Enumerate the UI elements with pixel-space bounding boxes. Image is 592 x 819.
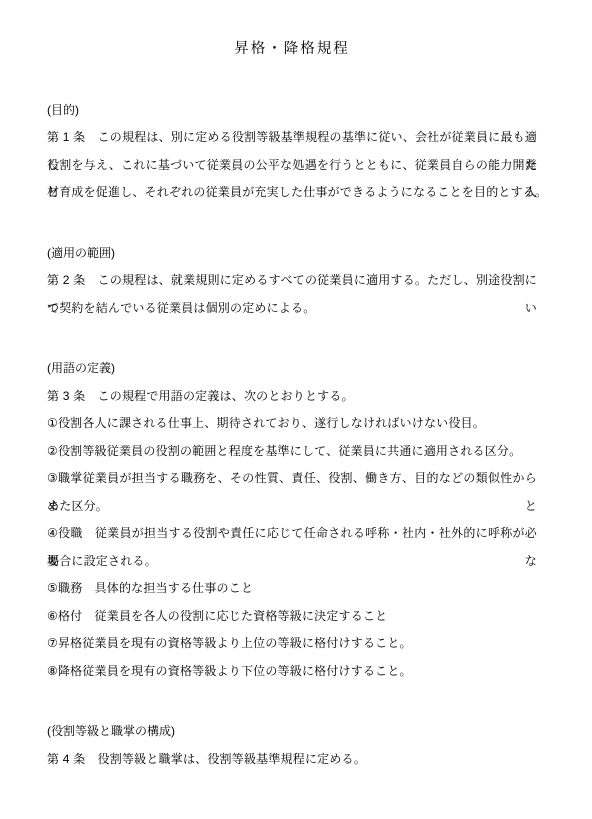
document-content: 昇格・降格規程 (目的) 第 1 条 この規程は、別に定める役割等級基準規程の基… bbox=[47, 0, 537, 773]
document-page: 昇格・降格規程 (目的) 第 1 条 この規程は、別に定める役割等級基準規程の基… bbox=[0, 0, 592, 819]
section-scope: (適用の範囲) 第 2 条 この規程は、就業規則に定めるすべての従業員に適用する… bbox=[47, 240, 537, 323]
paragraph-line: 役割を与え、これに基づいて従業員の公平な処遇を行うとともに、従業員自らの能力開発… bbox=[47, 152, 537, 180]
definition-item-6: ⑥格付 従業員を各人の役割に応じた資格等級に決定すること bbox=[47, 603, 537, 631]
section-heading: (用語の定義) bbox=[47, 355, 537, 383]
definition-item-5: ⑤職務 具体的な担当する仕事のこと bbox=[47, 575, 537, 603]
section-purpose: (目的) 第 1 条 この規程は、別に定める役割等級基準規程の基準に従い、会社が… bbox=[47, 97, 537, 207]
paragraph-line: 第 1 条 この規程は、別に定める役割等級基準規程の基準に従い、会社が従業員に最… bbox=[47, 124, 537, 152]
definition-item-4: ④役職 従業員が担当する役割や責任に応じて任命される呼称・社内・社外的に呼称が必… bbox=[47, 520, 537, 548]
paragraph-line: 第 3 条 この規程で用語の定義は、次のとおりとする。 bbox=[47, 383, 537, 411]
definition-item-7: ⑦昇格従業員を現有の資格等級より上位の等級に格付けすること。 bbox=[47, 630, 537, 658]
definition-item-3: ③職掌従業員が担当する職務を、その性質、責任、役割、働き方、目的などの類似性から… bbox=[47, 465, 537, 493]
document-title: 昇格・降格規程 bbox=[47, 36, 537, 64]
paragraph-line: 第 2 条 この規程は、就業規則に定めるすべての従業員に適用する。ただし、別途役… bbox=[47, 267, 537, 295]
definition-item-1: ①役割各人に課される仕事上、期待されており、遂行しなければいけない役目。 bbox=[47, 410, 537, 438]
section-heading: (役割等級と職掌の構成) bbox=[47, 718, 537, 746]
definition-item-2: ②役割等級従業員の役割の範囲と程度を基準にして、従業員に共通に適用される区分。 bbox=[47, 438, 537, 466]
section-grade-structure: (役割等級と職掌の構成) 第 4 条 役割等級と職掌は、役割等級基準規程に定める… bbox=[47, 718, 537, 773]
section-heading: (適用の範囲) bbox=[47, 240, 537, 268]
definition-item-8: ⑧降格従業員を現有の資格等級より下位の等級に格付けすること。 bbox=[47, 658, 537, 686]
paragraph-line: 材育成を促進し、それぞれの従業員が充実した仕事ができるようになることを目的とする… bbox=[47, 179, 537, 207]
paragraph-line: 第 4 条 役割等級と職掌は、役割等級基準規程に定める。 bbox=[47, 746, 537, 774]
section-heading: (目的) bbox=[47, 97, 537, 125]
section-definitions: (用語の定義) 第 3 条 この規程で用語の定義は、次のとおりとする。 ①役割各… bbox=[47, 355, 537, 685]
